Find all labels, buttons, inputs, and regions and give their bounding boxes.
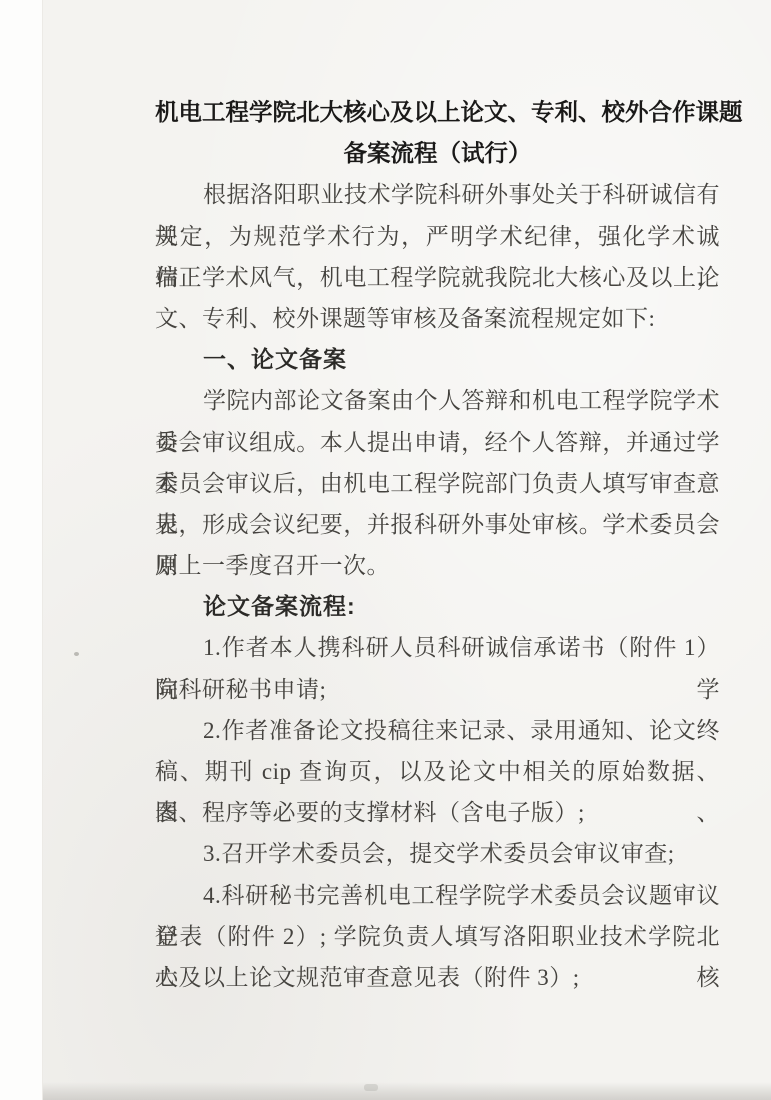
document-content: 机电工程学院北大核心及以上论文、专利、校外合作课题 备案流程（试行） 根据洛阳职… [155, 92, 720, 998]
scan-smudge [364, 1084, 378, 1091]
text-line: 论文备案流程: [155, 586, 720, 627]
text-line: 稿、期刊 cip 查询页，以及论文中相关的原始数据、图、 [155, 751, 720, 792]
text-line: 表，形成会议纪要，并报科研外事处审核。学术委员会原 [155, 504, 720, 545]
scan-shadow-band [43, 1082, 771, 1100]
text-line: 一、论文备案 [155, 339, 720, 380]
text-line: 3.召开学术委员会，提交学术委员会审议审查; [155, 833, 720, 874]
text-line: 端正学术风气，机电工程学院就我院北大核心及以上论 [155, 257, 720, 298]
document-body: 根据洛阳职业技术学院科研外事处关于科研诚信有关规定，为规范学术行为，严明学术纪律… [155, 174, 720, 998]
text-line: 委员会审议后，由机电工程学院部门负责人填写审查意见 [155, 463, 720, 504]
text-line: 规定，为规范学术行为，严明学术纪律，强化学术诚信， [155, 216, 720, 257]
text-line: 学院内部论文备案由个人答辩和机电工程学院学术委 [155, 380, 720, 421]
text-line: 记表（附件 2）; 学院负责人填写洛阳职业技术学院北大核 [155, 916, 720, 957]
document-title-line-1: 机电工程学院北大核心及以上论文、专利、校外合作课题 [155, 92, 720, 133]
text-line: 则上一季度召开一次。 [155, 545, 720, 586]
document-title-line-2: 备案流程（试行） [155, 133, 720, 174]
text-line: 2.作者准备论文投稿往来记录、录用通知、论文终 [155, 710, 720, 751]
text-line: 1.作者本人携科研人员科研诚信承诺书（附件 1）向学 [155, 627, 720, 668]
text-line: 4.科研秘书完善机电工程学院学术委员会议题审议登 [155, 875, 720, 916]
text-line: 根据洛阳职业技术学院科研外事处关于科研诚信有关 [155, 174, 720, 215]
text-line: 员会审议组成。本人提出申请，经个人答辩，并通过学术 [155, 422, 720, 463]
scanned-page: { "document": { "title_lines": [ "机电工程学院… [0, 0, 771, 1100]
scan-speck [74, 652, 79, 656]
text-line: 文、专利、校外课题等审核及备案流程规定如下: [155, 298, 720, 339]
